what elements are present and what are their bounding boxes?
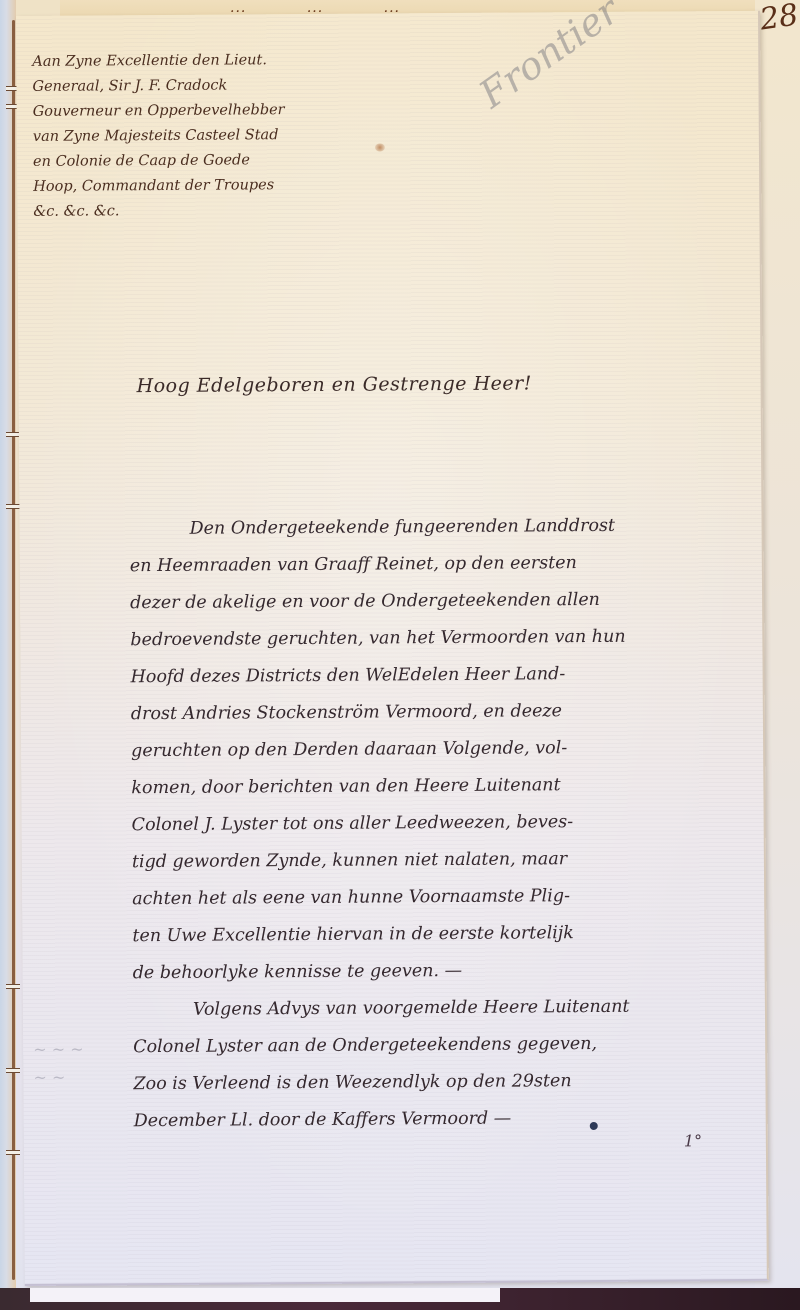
body-line: Volgens Advys van voorgemelde Heere Luit… xyxy=(133,989,630,1029)
address-line: van Zyne Majesteits Casteel Stad xyxy=(33,123,285,150)
body-line: Colonel J. Lyster tot ons aller Leedweez… xyxy=(132,804,629,844)
body-line: Colonel Lyster aan de Ondergeteekendens … xyxy=(133,1026,630,1066)
stitch-mark xyxy=(6,432,20,437)
body-line: geruchten op den Derden daaraan Volgende… xyxy=(131,730,628,770)
body-line: de behoorlyke kennisse te geeven. — xyxy=(133,952,630,992)
body-line: Hoofd dezes Districts den WelEdelen Heer… xyxy=(130,656,627,696)
body-line: en Heemraaden van Graaff Reinet, op den … xyxy=(130,545,627,585)
stitch-mark xyxy=(6,504,20,509)
address-line: Aan Zyne Excellentie den Lieut. xyxy=(32,48,284,75)
foxing-stain xyxy=(375,143,385,151)
stitch-mark xyxy=(6,1068,20,1073)
page-marker: 1° xyxy=(684,1131,702,1150)
letter-body: Den Ondergeteekende fungeerenden Landdro… xyxy=(129,508,630,1140)
stitch-mark xyxy=(6,1150,20,1155)
body-line: komen, door berichten van den Heere Luit… xyxy=(131,767,628,807)
body-line: Zoo is Verleend is den Weezendlyk op den… xyxy=(133,1063,630,1103)
body-line: December Ll. door de Kaffers Vermoord — xyxy=(134,1100,631,1140)
address-line: Generaal, Sir J. F. Cradock xyxy=(32,73,284,100)
salutation: Hoog Edelgeboren en Gestrenge Heer! xyxy=(137,372,532,397)
body-line: achten het als eene van hunne Voornaamst… xyxy=(132,878,629,918)
ink-blot xyxy=(590,1122,598,1130)
body-line: bedroevendste geruchten, van het Vermoor… xyxy=(130,619,627,659)
address-line: en Colonie de Caap de Goede xyxy=(33,148,285,175)
manuscript-page: Aan Zyne Excellentie den Lieut. Generaal… xyxy=(16,11,769,1286)
folio-number: 28 xyxy=(758,0,800,37)
binding-thread xyxy=(12,20,15,1280)
body-line: tigd geworden Zynde, kunnen niet nalaten… xyxy=(132,841,629,881)
body-line: Den Ondergeteekende fungeerenden Landdro… xyxy=(129,508,626,548)
faint-margin-notes: ~ ~ ~ ~ ~ xyxy=(33,1036,84,1092)
address-line: Hoop, Commandant der Troupes xyxy=(33,173,285,200)
body-line: drost Andries Stockenström Vermoord, en … xyxy=(131,693,628,733)
light-reflection xyxy=(30,1288,500,1302)
pencil-annotation: Frontier xyxy=(471,0,627,117)
body-line: dezer de akelige en voor de Ondergeteeke… xyxy=(130,582,627,622)
address-block: Aan Zyne Excellentie den Lieut. Generaal… xyxy=(32,48,285,225)
address-line: Gouverneur en Opperbevelhebber xyxy=(33,98,285,125)
address-line: &c. &c. &c. xyxy=(33,198,285,225)
stitch-mark xyxy=(6,984,20,989)
body-line: ten Uwe Excellentie hiervan in de eerste… xyxy=(132,915,629,955)
